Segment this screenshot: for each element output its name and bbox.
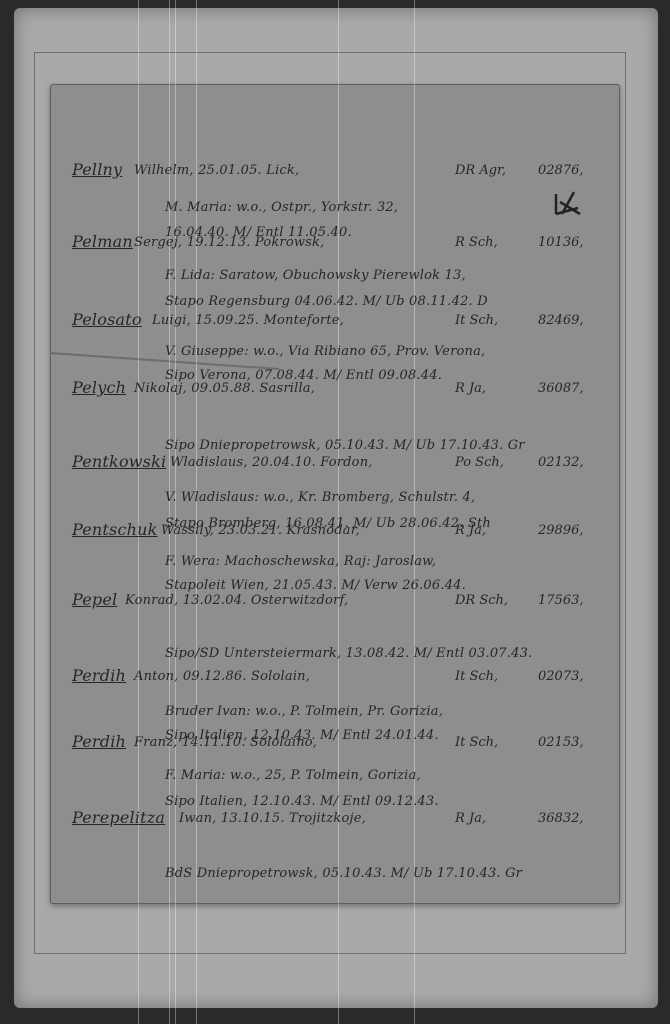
entry-number: 02132, [538,455,584,470]
entry-name-line: Wassily, 23.03.21. Krasnodar, [161,523,360,538]
entry-name-line: Wilhelm, 25.01.05. Lick, [134,163,299,178]
entry-number: 02153, [538,735,584,750]
entry-number: 36087, [538,381,584,396]
entry-category: R Ja, [455,381,486,396]
entry-surname: Perdih [72,666,126,685]
entry-surname: Pellny [72,160,122,179]
entry-name-line: Luigi, 15.09.25. Monteforte, [152,313,344,328]
entry-detail: Sipo/SD Untersteiermark, 13.08.42. M/ En… [165,646,532,661]
check-mark-icon [552,188,582,218]
entry-detail: Stapoleit Wien, 21.05.43. M/ Verw 26.06.… [165,578,466,593]
entry-name-line: Konrad, 13.02.04. Osterwitzdorf, [125,593,348,608]
entry-category: DR Sch, [455,593,508,608]
entry-detail: F. Maria: w.o., 25, P. Tolmein, Gorizia, [165,768,421,783]
entry-detail: BdS Dniepropetrowsk, 05.10.43. M/ Ub 17.… [165,866,522,881]
entry-detail: F. Wera: Machoschewska, Raj: Jaroslaw, [165,554,436,569]
entry-category: It Sch, [455,669,498,684]
entry-name-line: Sergej, 19.12.13. Pokrowsk, [134,235,324,250]
entry-number: 17563, [538,593,584,608]
entry-name-line: Nikolaj, 09.05.88. Sasrilla, [134,381,315,396]
entry-number: 29896, [538,523,584,538]
entry-surname: Pelman [72,232,133,251]
entry-name-line: Wladislaus, 20.04.10. Fordon, [170,455,373,470]
entry-category: DR Agr, [455,163,506,178]
entry-category: R Sch, [455,235,498,250]
entry-detail: F. Lida: Saratow, Obuchowsky Pierewlok 1… [165,268,466,283]
entry-category: It Sch, [455,313,498,328]
entry-number: 82469, [538,313,584,328]
entry-detail: Bruder Ivan: w.o., P. Tolmein, Pr. Goriz… [165,704,443,719]
entry-surname: Perdih [72,732,126,751]
entry-category: It Sch, [455,735,498,750]
entry-surname: Pentkowski [72,452,166,471]
entry-surname: Pelych [72,378,126,397]
entry-detail: V. Wladislaus: w.o., Kr. Bromberg, Schul… [165,490,475,505]
entry-number: 10136, [538,235,584,250]
entry-surname: Perepelitza [72,808,165,827]
entry-category: R Ja, [455,523,486,538]
entry-detail: Sipo Dniepropetrowsk, 05.10.43. M/ Ub 17… [165,438,525,453]
entry-category: R Ja, [455,811,486,826]
entry-surname: Pentschuk [72,520,158,539]
entry-category: Po Sch, [455,455,504,470]
entry-detail: M. Maria: w.o., Ostpr., Yorkstr. 32, [165,200,398,215]
entry-number: 02876, [538,163,584,178]
entry-detail: Stapo Regensburg 04.06.42. M/ Ub 08.11.4… [165,294,488,309]
entry-surname: Pepel [72,590,117,609]
entry-surname: Pelosato [72,310,142,329]
entry-name-line: Anton, 09.12.86. Sololain, [134,669,310,684]
entry-detail: Sipo Italien, 12.10.43. M/ Entl 09.12.43… [165,794,439,809]
entry-detail: V. Giuseppe: w.o., Via Ribiano 65, Prov.… [165,344,485,359]
entry-number: 02073, [538,669,584,684]
entry-name-line: Franz, 14.11.10. Sololaino, [134,735,317,750]
entry-number: 36832, [538,811,584,826]
entry-name-line: Iwan, 13.10.15. Trojitzkoje, [179,811,366,826]
